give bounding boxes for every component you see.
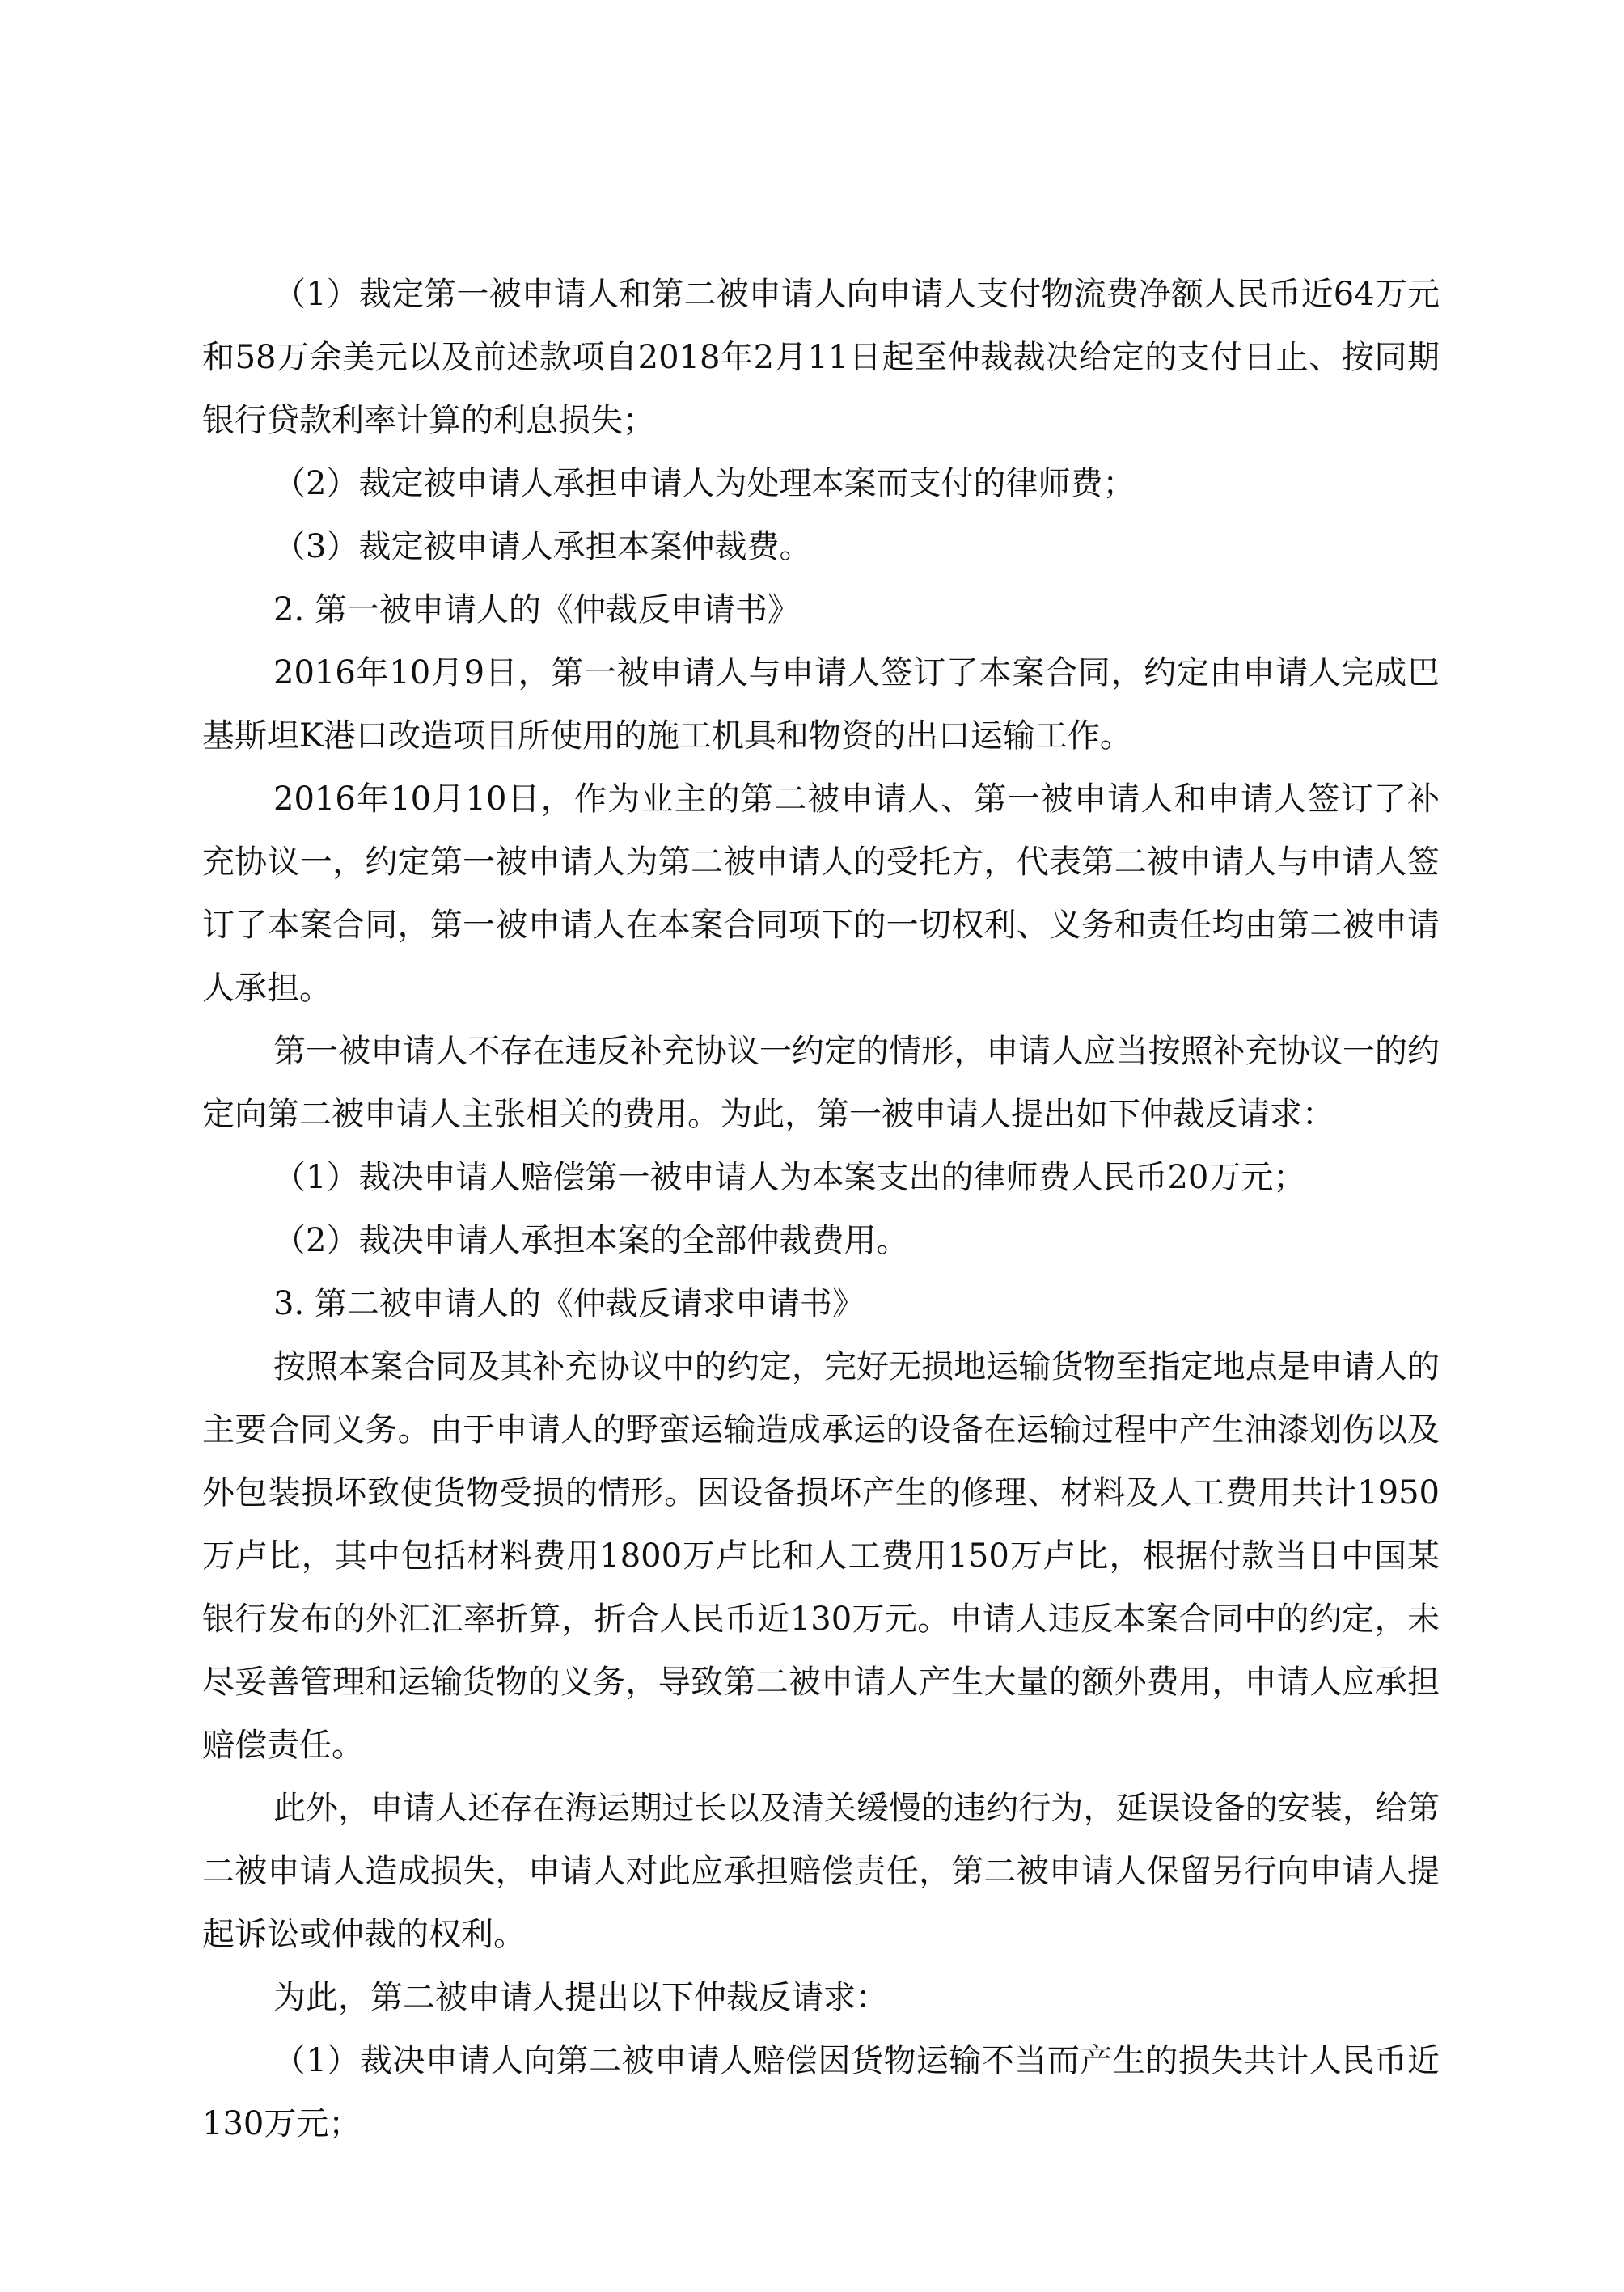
- document-page: （1）裁定第一被申请人和第二被申请人向申请人支付物流费净额人民币近64万元和58…: [202, 263, 1440, 2155]
- counterclaim-item-2: （2）裁决申请人承担本案的全部仲裁费用。: [202, 1209, 1440, 1272]
- claim-item-1: （1）裁定第一被申请人和第二被申请人向申请人支付物流费净额人民币近64万元和58…: [202, 263, 1440, 452]
- claim-item-2: （2）裁定被申请人承担申请人为处理本案而支付的律师费；: [202, 452, 1440, 515]
- body-paragraph: 按照本案合同及其补充协议中的约定，完好无损地运输货物至指定地点是申请人的主要合同…: [202, 1335, 1440, 1777]
- body-paragraph: 此外，申请人还存在海运期过长以及清关缓慢的违约行为，延误设备的安装，给第二被申请…: [202, 1777, 1440, 1966]
- body-paragraph: 2016年10月9日，第一被申请人与申请人签订了本案合同，约定由申请人完成巴基斯…: [202, 641, 1440, 768]
- body-paragraph: 第一被申请人不存在违反补充协议一约定的情形，申请人应当按照补充协议一的约定向第二…: [202, 1020, 1440, 1146]
- counterclaim-item-1: （1）裁决申请人向第二被申请人赔偿因货物运输不当而产生的损失共计人民币近130万…: [202, 2029, 1440, 2155]
- body-paragraph: 2016年10月10日，作为业主的第二被申请人、第一被申请人和申请人签订了补充协…: [202, 768, 1440, 1020]
- claim-item-3: （3）裁定被申请人承担本案仲裁费。: [202, 515, 1440, 578]
- body-paragraph: 为此，第二被申请人提出以下仲裁反请求：: [202, 1966, 1440, 2029]
- section-heading-2: 2. 第一被申请人的《仲裁反申请书》: [202, 578, 1440, 641]
- counterclaim-item-1: （1）裁决申请人赔偿第一被申请人为本案支出的律师费人民币20万元；: [202, 1146, 1440, 1209]
- section-heading-3: 3. 第二被申请人的《仲裁反请求申请书》: [202, 1272, 1440, 1335]
